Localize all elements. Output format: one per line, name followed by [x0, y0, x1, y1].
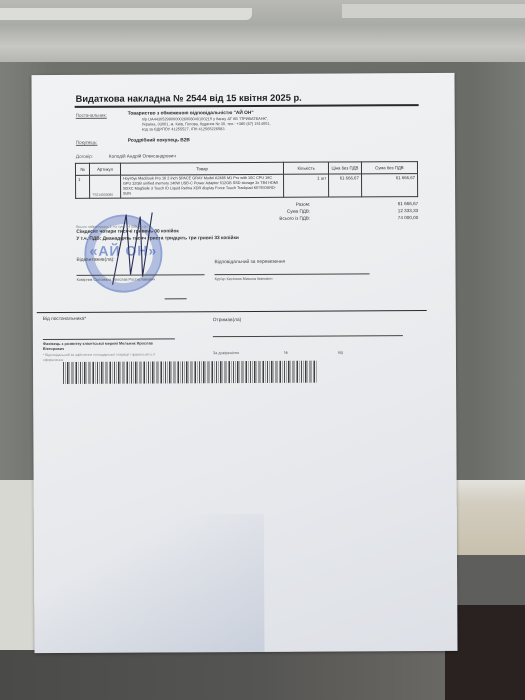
background-shelf: [342, 4, 525, 18]
barcode: [63, 361, 317, 384]
supplier-details-3: код за ЄДРПОУ 41255527, ІПН 412565226583: [142, 126, 225, 132]
amount-words-total: Сімдесят чотири тисячі гривень 00 копійо…: [76, 229, 179, 235]
cell-sum: 61 666,67: [361, 174, 417, 197]
transport-name: Кур'єр Кисіннок Микола Іванович: [215, 277, 273, 281]
subtotal-value: 61 666,67: [358, 201, 418, 206]
attorney-number-label: №: [284, 351, 288, 355]
contract-label: Договір:: [76, 154, 93, 159]
col-header-goods: Товар: [120, 162, 283, 175]
total-value: 74 000,00: [358, 215, 418, 220]
cell-qty: 1 шт: [284, 174, 329, 197]
cell-article: TS2140D0080: [90, 175, 121, 198]
col-header-sum: Сума без ПДВ: [361, 162, 417, 174]
buyer-name: Роздрібний покупець B2B: [128, 138, 190, 143]
qty-unit: шт: [321, 176, 326, 181]
invoice-paper: Видаткова накладна № 2544 від 15 квітня …: [31, 73, 457, 653]
amount-words-caption: Всього найменувань 1, на суму 74 000,00 …: [76, 225, 148, 229]
transport-signature-line: [215, 273, 370, 275]
from-supplier-label: Від постачальника*: [43, 317, 86, 322]
cell-no: 1: [76, 175, 90, 198]
from-supplier-name: Фахівець з розвитку клієнтської мережі М…: [43, 341, 173, 352]
power-of-attorney-label: За довіреністю: [213, 351, 239, 355]
received-label: Отримав(ла): [213, 318, 241, 323]
col-header-article: Артикул: [90, 163, 121, 175]
title-divider: [75, 104, 419, 108]
paper-shadow: [34, 514, 265, 653]
supplier-label: Постачальник:: [76, 113, 107, 118]
buyer-label: Покупець:: [76, 140, 98, 145]
section-divider: [37, 310, 427, 313]
attorney-date-label: від: [338, 350, 343, 354]
background-shelf: [0, 8, 252, 20]
col-header-no: №: [75, 163, 89, 175]
col-header-price: Ціна без ПДВ: [329, 162, 362, 174]
supplier-signature-line: [43, 338, 175, 339]
vat-value: 12 333,33: [358, 208, 418, 213]
short-signature-line: [165, 298, 187, 299]
amount-words-vat: У т.ч. ПДВ: Дванадцять тисяч триста трид…: [76, 236, 238, 242]
cell-goods: Ноутбук MacBook Pro 16 2-inch SPACE GRAY…: [120, 174, 283, 198]
cell-price: 61 666,67: [329, 174, 362, 197]
table-row: 1 TS2140D0080 Ноутбук MacBook Pro 16 2-i…: [76, 174, 418, 199]
transport-label: Відповідальний за перевезення: [214, 260, 285, 265]
vat-label: Сума ПДВ:: [230, 209, 310, 214]
document-title: Видаткова накладна № 2544 від 15 квітня …: [76, 92, 416, 104]
total-label: Всього із ПДВ:: [230, 216, 310, 221]
items-table: № Артикул Товар Кількість Ціна без ПДВ С…: [75, 161, 418, 199]
subtotal-label: Разом:: [230, 202, 310, 207]
shipped-by-name: Комірник Соломаха Ярослав Ростиславович: [77, 277, 156, 281]
received-signature-line: [213, 335, 403, 337]
contract-value: Колодій Андрій Олександрович: [109, 153, 176, 158]
shipped-by-label: Відвантажив(ла):: [76, 258, 114, 263]
background-surface: [455, 480, 525, 555]
col-header-qty: Кількість: [284, 162, 329, 174]
qty-value: 1: [317, 176, 319, 181]
